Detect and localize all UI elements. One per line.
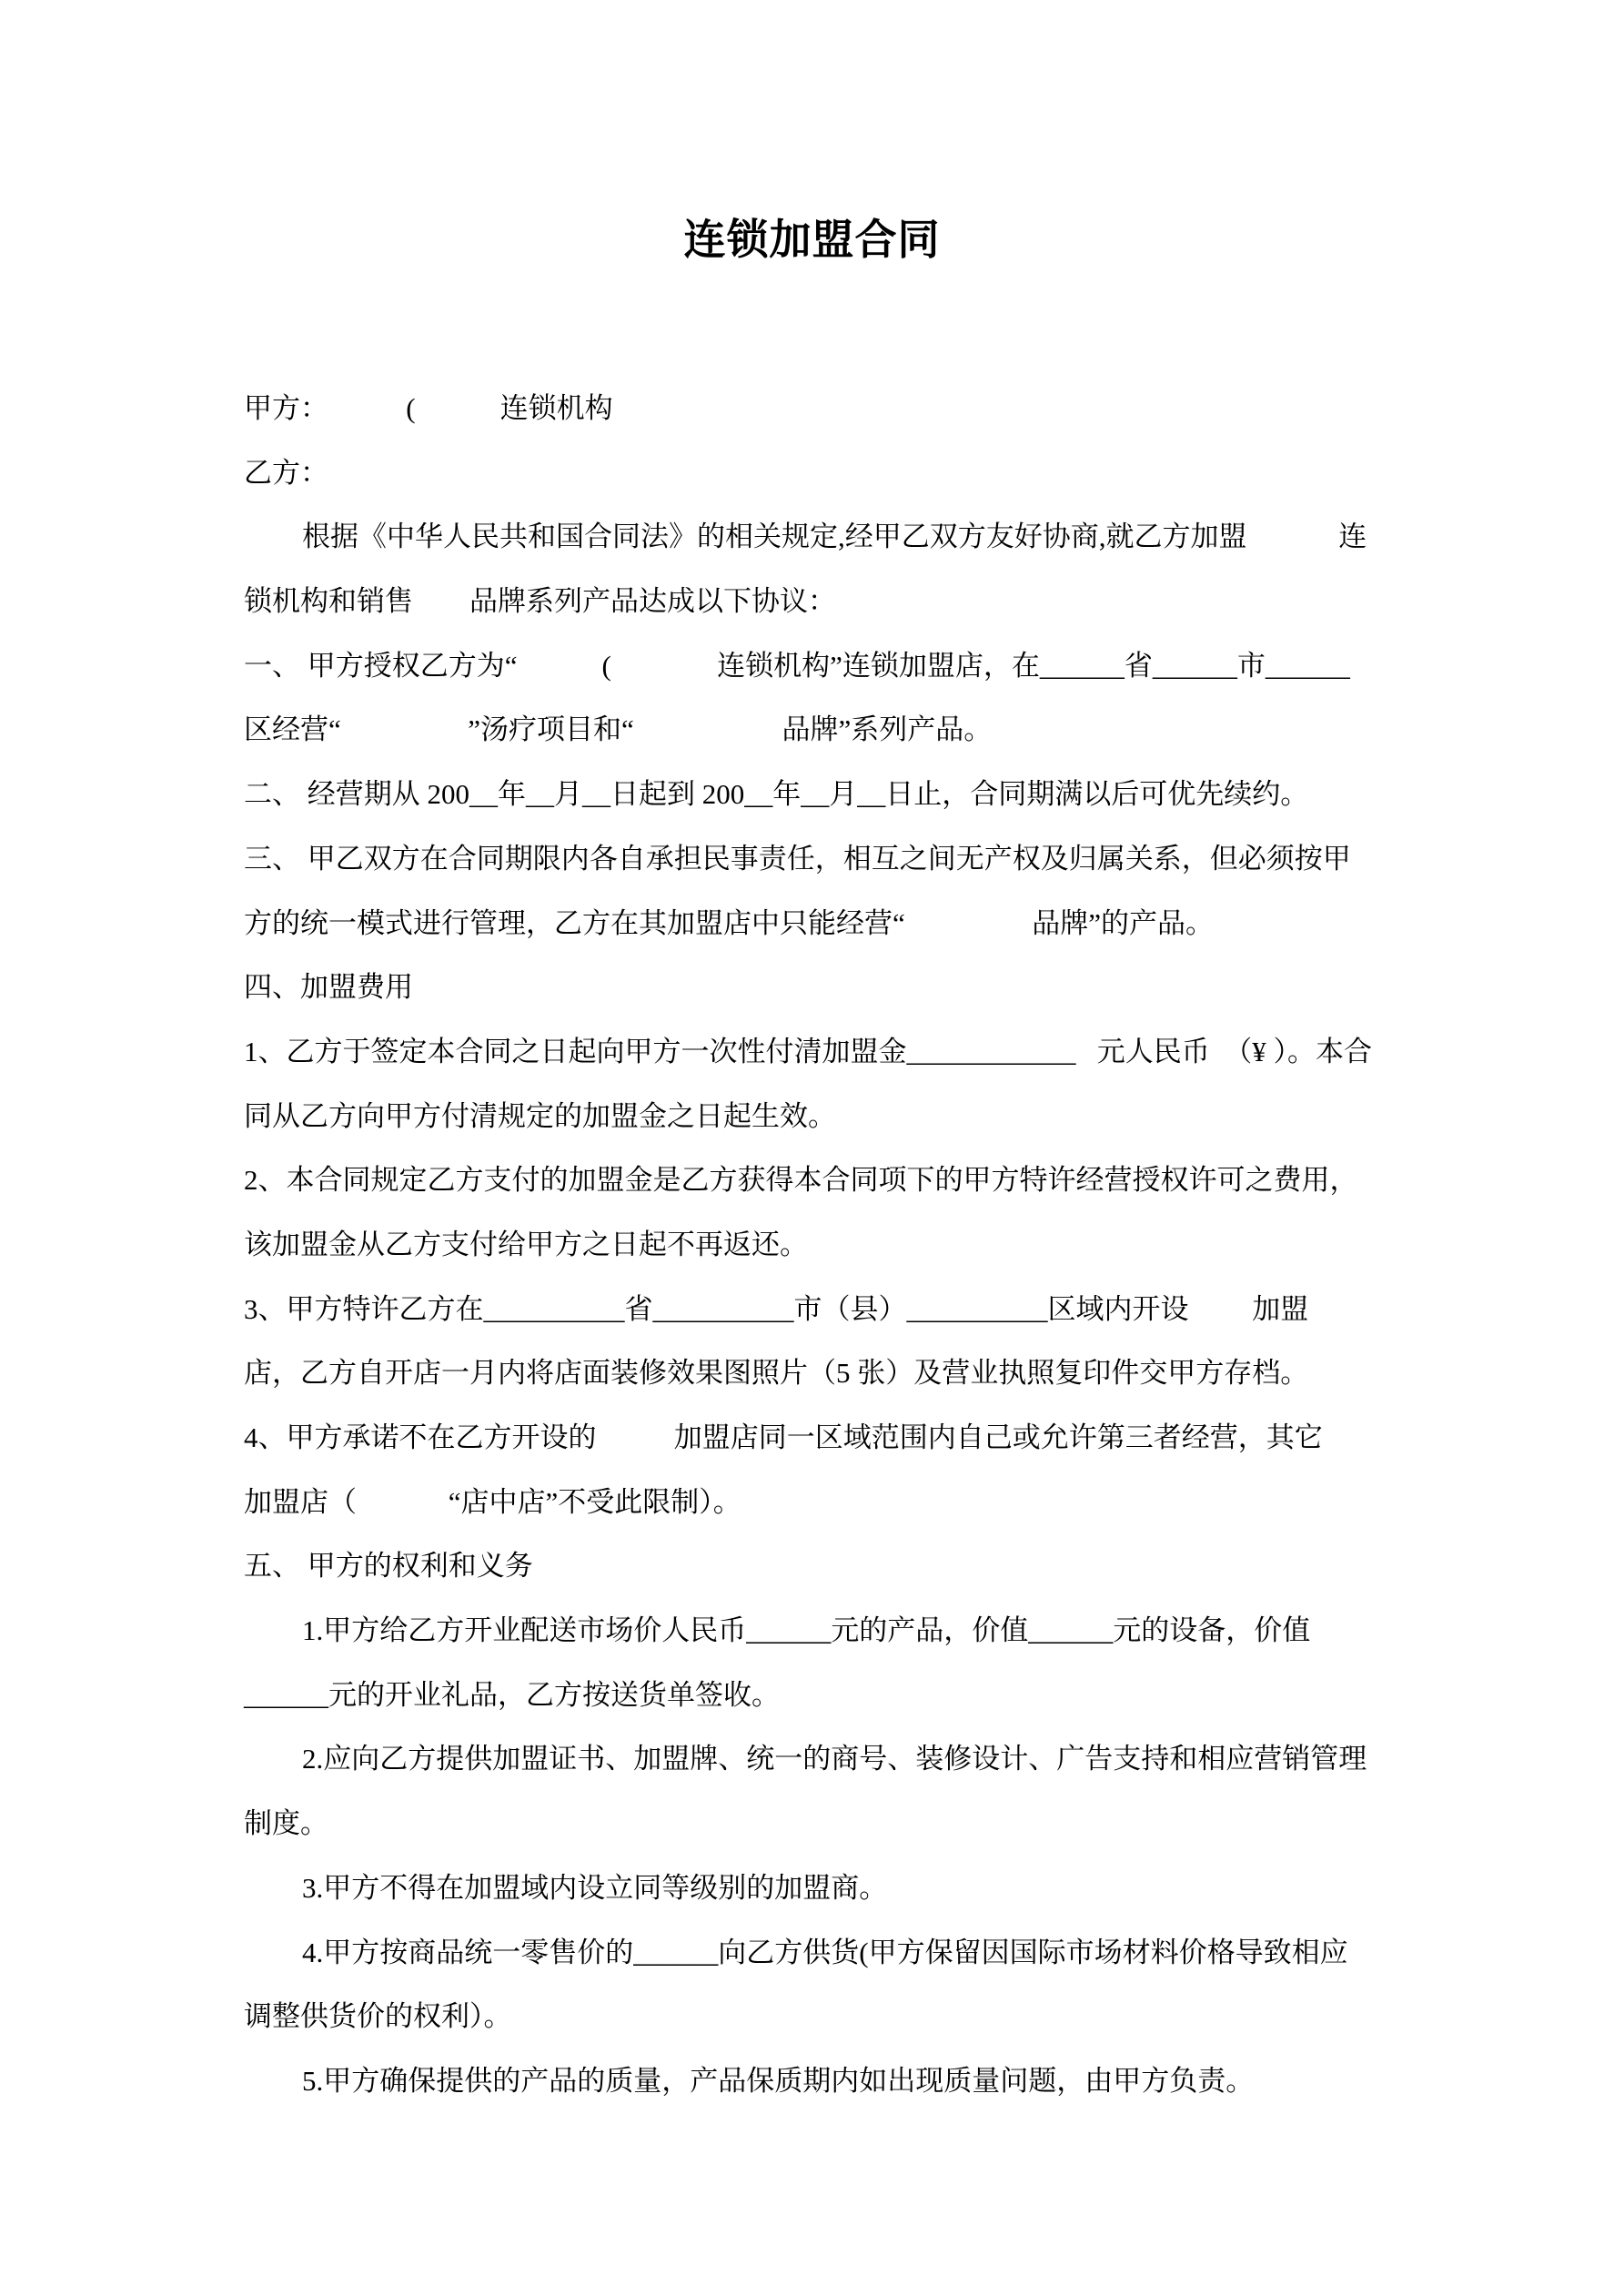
contract-line-clause-4-heading: 四、加盟费用: [244, 956, 1427, 1020]
contract-line-fee-4-cont: 加盟店（ “店中店”不受此限制）。: [244, 1471, 1427, 1535]
contract-line-rights-4: 4.甲方按商品统一零售价的______向乙方供货(甲方保留因国际市场材料价格导致…: [244, 1921, 1427, 1986]
contract-line-clause-3: 三、 甲乙双方在合同期限内各自承担民事责任，相互之间无产权及归属关系，但必须按甲: [244, 827, 1427, 892]
contract-line-preamble-cont: 锁机构和销售 品牌系列产品达成以下协议：: [244, 570, 1427, 634]
contract-page: 连锁加盟合同 甲方： ( 连锁机构 乙方： 根据《中华人民共和国合同法》的相关规…: [0, 0, 1624, 2296]
document-title: 连锁加盟合同: [0, 207, 1624, 273]
contract-line-clause-3-cont: 方的统一模式进行管理，乙方在其加盟店中只能经营“ 品牌”的产品。: [244, 892, 1427, 956]
contract-line-rights-5: 5.甲方确保提供的产品的质量，产品保质期内如出现质量问题，由甲方负责。: [244, 2049, 1427, 2114]
contract-line-clause-1-cont: 区经营“ ”汤疗项目和“ 品牌”系列产品。: [244, 698, 1427, 763]
contract-line-fee-1-cont: 同从乙方向甲方付清规定的加盟金之日起生效。: [244, 1085, 1427, 1149]
contract-line-clause-2: 二、 经营期从 200__年__月__日起到 200__年__月__日止，合同期…: [244, 763, 1427, 827]
contract-body: 甲方： ( 连锁机构 乙方： 根据《中华人民共和国合同法》的相关规定,经甲乙双方…: [244, 377, 1427, 2114]
contract-line-fee-3-cont: 店，乙方自开店一月内将店面装修效果图照片（5 张）及营业执照复印件交甲方存档。: [244, 1341, 1427, 1406]
contract-line-rights-3: 3.甲方不得在加盟域内设立同等级别的加盟商。: [244, 1856, 1427, 1921]
contract-line-rights-2: 2.应向乙方提供加盟证书、加盟牌、统一的商号、装修设计、广告支持和相应营销管理: [244, 1727, 1427, 1792]
contract-line-party-a: 甲方： ( 连锁机构: [244, 377, 1427, 441]
contract-line-fee-1: 1、乙方于签定本合同之日起向甲方一次性付清加盟金____________ 元人民…: [244, 1020, 1427, 1085]
contract-line-fee-2-cont: 该加盟金从乙方支付给甲方之日起不再返还。: [244, 1213, 1427, 1278]
contract-line-clause-1: 一、 甲方授权乙方为“ ( 连锁机构”连锁加盟店，在______省______市…: [244, 634, 1427, 699]
contract-line-rights-4-cont: 调整供货价的权利）。: [244, 1985, 1427, 2049]
contract-line-clause-5-heading: 五、 甲方的权利和义务: [244, 1534, 1427, 1599]
contract-line-rights-1-cont: ______元的开业礼品，乙方按送货单签收。: [244, 1664, 1427, 1728]
contract-line-fee-3: 3、甲方特许乙方在__________省__________市（县）______…: [244, 1278, 1427, 1342]
contract-line-fee-4: 4、甲方承诺不在乙方开设的 加盟店同一区域范围内自己或允许第三者经营，其它: [244, 1406, 1427, 1471]
contract-line-rights-1: 1.甲方给乙方开业配送市场价人民币______元的产品，价值______元的设备…: [244, 1599, 1427, 1664]
contract-line-fee-2: 2、本合同规定乙方支付的加盟金是乙方获得本合同项下的甲方特许经营授权许可之费用，: [244, 1148, 1427, 1213]
contract-line-party-b: 乙方：: [244, 441, 1427, 506]
contract-line-preamble: 根据《中华人民共和国合同法》的相关规定,经甲乙双方友好协商,就乙方加盟 连: [244, 505, 1427, 570]
contract-line-rights-2-cont: 制度。: [244, 1792, 1427, 1856]
